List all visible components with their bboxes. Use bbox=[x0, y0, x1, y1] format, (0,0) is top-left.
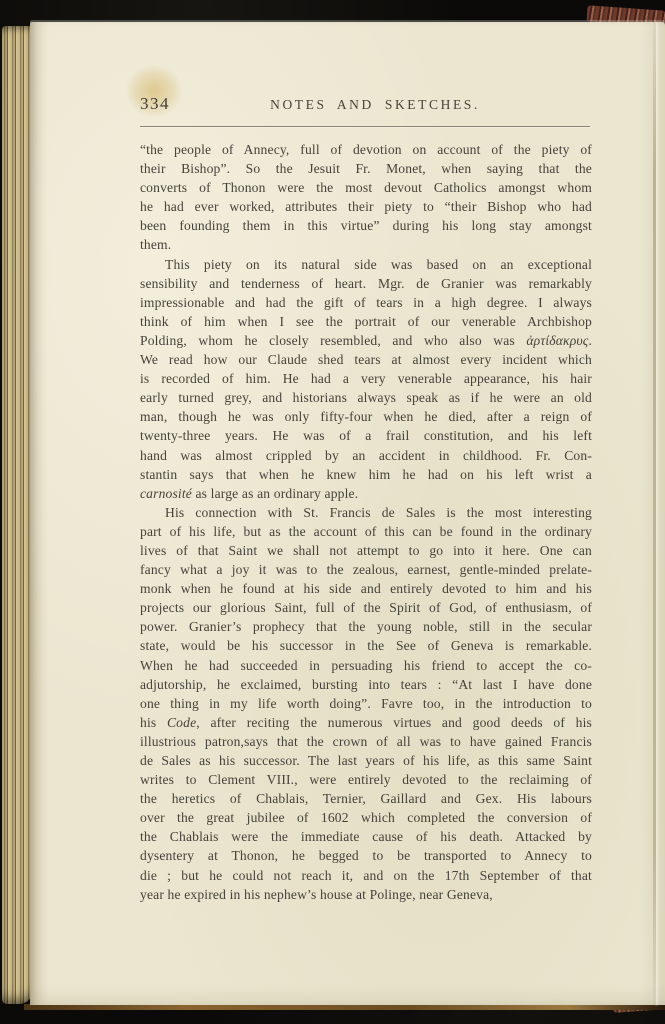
book-photo: 334 NOTES AND SKETCHES. “the people of A… bbox=[0, 0, 665, 1024]
book-page-edges bbox=[2, 26, 33, 1004]
text-line: early turned grey, and historians always… bbox=[140, 388, 592, 407]
text-line: impressionable and had the gift of tears… bbox=[140, 293, 592, 312]
text-line: Polding, whom he closely resembled, and … bbox=[140, 331, 592, 350]
text-line: state, would be his successor in the See… bbox=[140, 636, 592, 655]
text-line: his Code, after reciting the numerous vi… bbox=[140, 713, 592, 732]
text-line: dysentery at Thonon, he begged to be tra… bbox=[140, 846, 592, 865]
text-line: he had ever worked, attributes their pie… bbox=[140, 197, 592, 216]
text-line: This piety on its natural side was based… bbox=[140, 255, 592, 274]
header-rule bbox=[140, 126, 590, 127]
text-line: one thing in my life worth doing”. Favre… bbox=[140, 694, 592, 713]
text-line: His connection with St. Francis de Sales… bbox=[140, 503, 592, 522]
text-line: writes to Clement VIII., were entirely d… bbox=[140, 770, 592, 789]
text-line: sensibility and tenderness of heart. Mgr… bbox=[140, 274, 592, 293]
page-body: “the people of Annecy, full of devotion … bbox=[140, 140, 592, 904]
text-line: think of him when I see the portrait of … bbox=[140, 312, 592, 331]
page-header: 334 NOTES AND SKETCHES. bbox=[140, 94, 592, 116]
paragraph: This piety on its natural side was based… bbox=[140, 255, 592, 503]
text-line: twenty-three years. He was of a frail co… bbox=[140, 426, 592, 445]
text-line: been founding them in this virtue” durin… bbox=[140, 216, 592, 235]
text-line: illustrious patron,says that the crown o… bbox=[140, 732, 592, 751]
book-page: 334 NOTES AND SKETCHES. “the people of A… bbox=[30, 22, 665, 1005]
text-line: man, though he was only fifty-four when … bbox=[140, 407, 592, 426]
screenshot-root: { "page": { "number": "334", "header": "… bbox=[0, 0, 665, 1024]
text-line: stantin says that when he knew him he ha… bbox=[140, 465, 592, 484]
text-line: is recorded of him. He had a very venera… bbox=[140, 369, 592, 388]
text-line: projects our glorious Saint, full of the… bbox=[140, 598, 592, 617]
text-line: converts of Thonon were the most devout … bbox=[140, 178, 592, 197]
text-line: adjutorship, he exclaimed, bursting into… bbox=[140, 675, 592, 694]
running-title: NOTES AND SKETCHES. bbox=[140, 97, 592, 113]
text-line: die ; but he could not reach it, and on … bbox=[140, 866, 592, 885]
text-line: de Sales as his successor. The last year… bbox=[140, 751, 592, 770]
text-line: over the great jubilee of 1602 which com… bbox=[140, 808, 592, 827]
text-line: “the people of Annecy, full of devotion … bbox=[140, 140, 592, 159]
text-line: part of his life, but as the account of … bbox=[140, 522, 592, 541]
text-line: carnosité as large as an ordinary apple. bbox=[140, 484, 592, 503]
paragraph: His connection with St. Francis de Sales… bbox=[140, 503, 592, 904]
text-line: the heretics of Chablais, Ternier, Gaill… bbox=[140, 789, 592, 808]
text-line: When he had succeeded in persuading his … bbox=[140, 656, 592, 675]
text-line: them. bbox=[140, 235, 592, 254]
page-fore-edge-crease bbox=[653, 22, 656, 1005]
text-line: power. Granier’s prophecy that the young… bbox=[140, 617, 592, 636]
text-line: lives of that Saint we shall not attempt… bbox=[140, 541, 592, 560]
text-line: year he expired in his nephew’s house at… bbox=[140, 885, 592, 904]
text-line: monk when he found at his side and entir… bbox=[140, 579, 592, 598]
text-line: fancy what a joy it was to the zealous, … bbox=[140, 560, 592, 579]
text-line: the Chablais were the immediate cause of… bbox=[140, 827, 592, 846]
text-line: hand was almost crippled by an accident … bbox=[140, 446, 592, 465]
paragraph: “the people of Annecy, full of devotion … bbox=[140, 140, 592, 255]
text-line: their Bishop”. So the Jesuit Fr. Monet, … bbox=[140, 159, 592, 178]
text-line: We read how our Claude shed tears at alm… bbox=[140, 350, 592, 369]
